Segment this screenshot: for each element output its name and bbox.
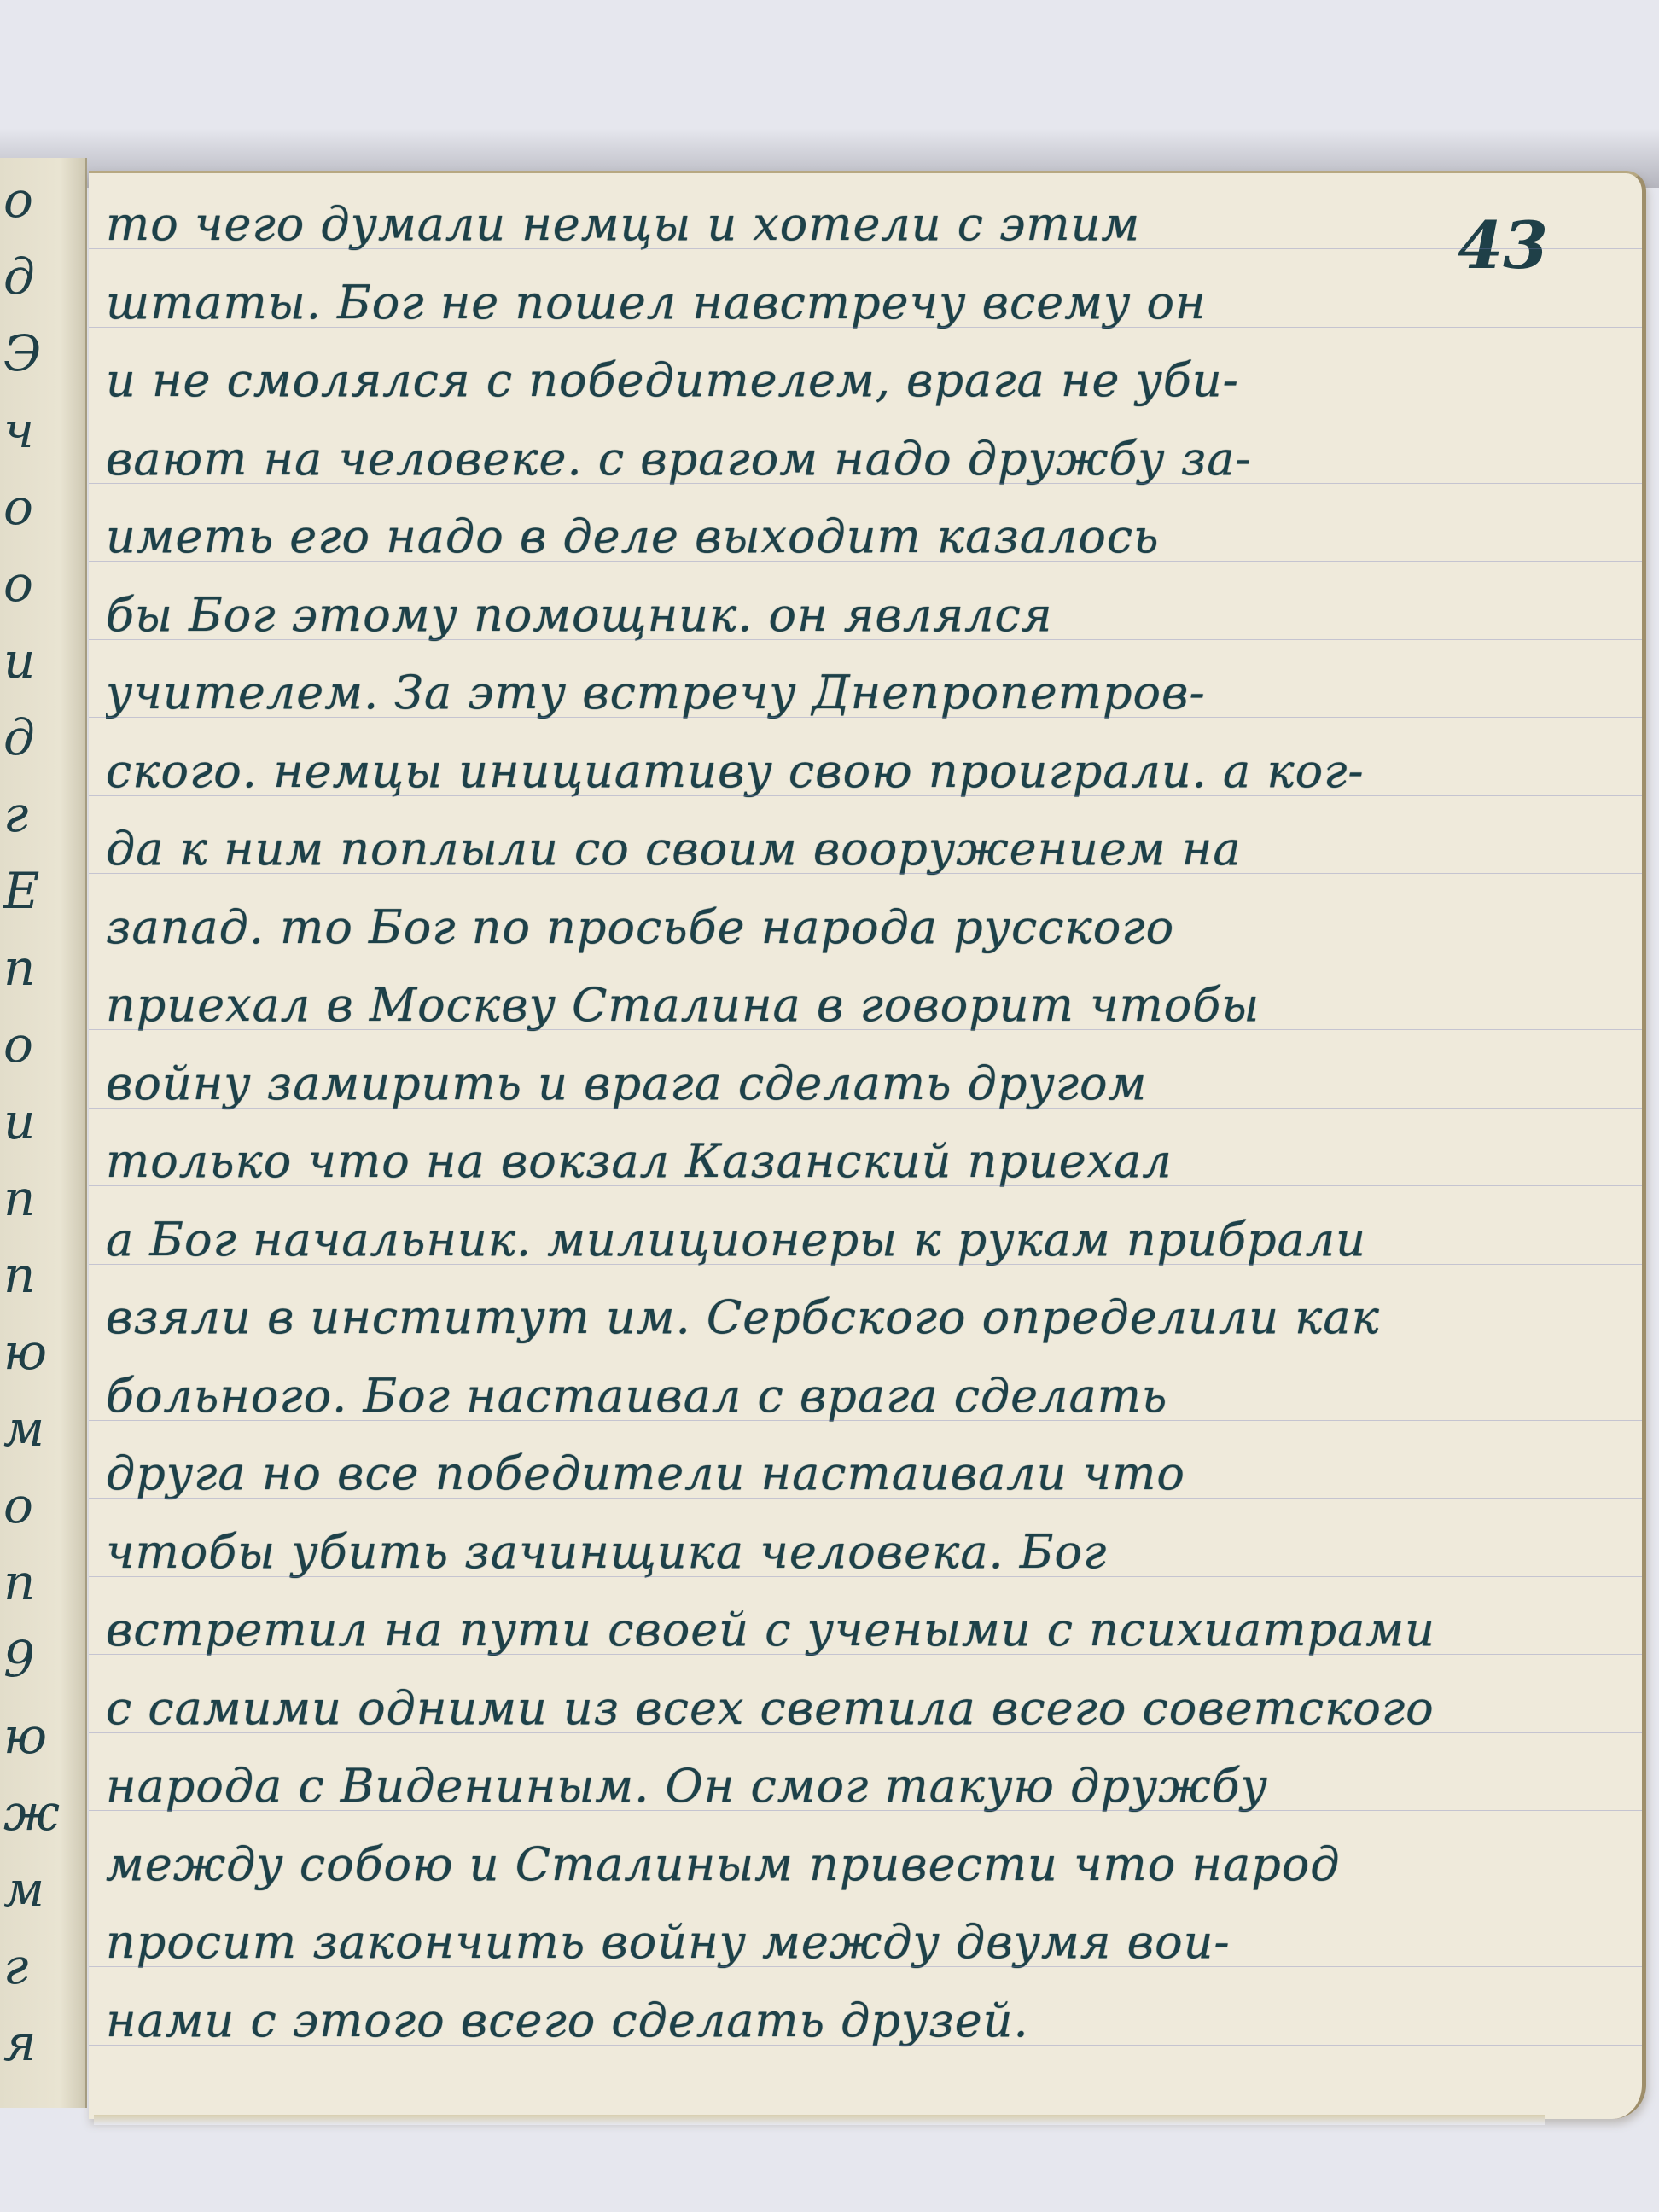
margin-glyph: Э (3, 329, 80, 378)
margin-glyph: о (3, 559, 80, 608)
handwritten-text: то чего думали немцы и хотели с этимштат… (106, 185, 1505, 2059)
adjacent-page-edge: одЭчооидгЕпоиппюмоп9южмгя (0, 158, 87, 2108)
margin-glyph: ю (3, 1711, 80, 1761)
page-bottom-edge (94, 2115, 1545, 2125)
ruled-line (89, 639, 1642, 640)
notebook-page: 43 то чего думали немцы и хотели с этимш… (89, 171, 1646, 2119)
margin-glyph: м (3, 1865, 80, 1914)
margin-glyph: ж (3, 1788, 80, 1837)
ruled-line (89, 561, 1642, 562)
ruled-line (89, 1576, 1642, 1577)
ruled-line (89, 405, 1642, 405)
ruled-line (89, 952, 1642, 952)
text-line: бы Бог этому помощник. он являлся (106, 576, 1505, 655)
text-line: приехал в Москву Сталина в говорит чтобы (106, 966, 1505, 1045)
margin-glyph: ю (3, 1327, 80, 1377)
margin-glyph: г (3, 789, 80, 839)
ruled-line (89, 1966, 1642, 1967)
ruled-line (89, 1654, 1642, 1655)
ruled-line (89, 1810, 1642, 1811)
text-line: запад. то Бог по просьбе народа русского (106, 888, 1505, 967)
margin-glyph: п (3, 1173, 80, 1223)
margin-glyph: я (3, 2018, 80, 2068)
margin-glyph: п (3, 1250, 80, 1300)
text-line: вают на человеке. с врагом надо дружбу з… (106, 420, 1505, 498)
margin-glyph: д (3, 713, 80, 762)
ruled-line (89, 1029, 1642, 1030)
ruled-line (89, 1342, 1642, 1342)
ruled-line (89, 248, 1642, 249)
text-line: с самими одними из всех светила всего со… (106, 1669, 1505, 1748)
text-line: иметь его надо в деле выходит казалось (106, 498, 1505, 576)
ruled-line (89, 1732, 1642, 1733)
text-line: только что на вокзал Казанский приехал (106, 1122, 1505, 1201)
text-line: нами с этого всего сделать друзей. (106, 1982, 1505, 2060)
ruled-line (89, 1108, 1642, 1109)
margin-glyph: ч (3, 405, 80, 455)
text-line: народа с Видениным. Он смог такую дружбу (106, 1747, 1505, 1825)
text-line: ского. немцы инициативу свою проиграли. … (106, 732, 1505, 811)
margin-glyph: п (3, 1557, 80, 1607)
margin-glyph: д (3, 252, 80, 301)
ruled-line (89, 717, 1642, 718)
margin-glyph: о (3, 482, 80, 532)
text-line: встретил на пути своей с учеными с психи… (106, 1591, 1505, 1669)
text-line: чтобы убить зачинщика человека. Бог (106, 1513, 1505, 1592)
margin-glyph: п (3, 943, 80, 992)
text-line: больного. Бог настаивал с врага сделать (106, 1357, 1505, 1435)
text-line: а Бог начальник. милиционеры к рукам при… (106, 1201, 1505, 1279)
margin-glyph: о (3, 1481, 80, 1530)
ruled-line (89, 483, 1642, 484)
ruled-line (89, 1420, 1642, 1421)
ruled-line (89, 2045, 1642, 2046)
text-line: да к ним поплыли со своим вооружением на (106, 810, 1505, 888)
ruled-line (89, 1264, 1642, 1265)
text-line: учителем. За эту встречу Днепропетров- (106, 654, 1505, 732)
margin-glyph: о (3, 175, 80, 224)
margin-glyph: 9 (3, 1634, 80, 1684)
text-line: взяли в институт им. Сербского определил… (106, 1278, 1505, 1357)
ruled-line (89, 1889, 1642, 1889)
margin-glyph: Е (3, 866, 80, 916)
text-line: между собою и Сталиным привести что наро… (106, 1825, 1505, 1904)
text-line: просит закончить войну между двумя вои- (106, 1903, 1505, 1982)
text-line: и не смолялся с победителем, врага не уб… (106, 341, 1505, 420)
ruled-line (89, 327, 1642, 328)
ruled-line (89, 873, 1642, 874)
margin-glyph: о (3, 1020, 80, 1069)
ruled-line (89, 795, 1642, 796)
text-line: друга но все победители настаивали что (106, 1435, 1505, 1513)
margin-glyph: и (3, 636, 80, 685)
margin-glyph: м (3, 1404, 80, 1453)
margin-glyph: г (3, 1941, 80, 1991)
margin-glyph: и (3, 1097, 80, 1146)
text-line: штаты. Бог не пошел навстречу всему он (106, 264, 1505, 342)
text-line: то чего думали немцы и хотели с этим (106, 185, 1505, 264)
ruled-line (89, 1185, 1642, 1186)
ruled-line (89, 1498, 1642, 1499)
text-line: войну замирить и врага сделать другом (106, 1045, 1505, 1123)
